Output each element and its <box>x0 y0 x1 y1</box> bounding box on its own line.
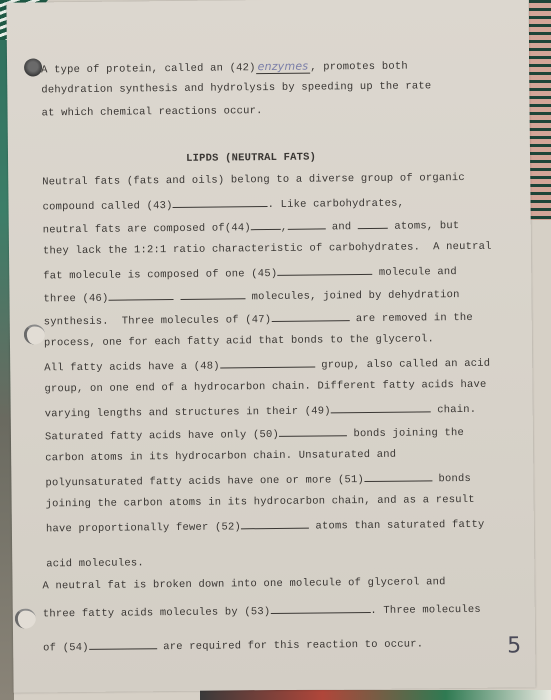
line-2: compound called (43). Like carbohydrates… <box>42 196 404 214</box>
line-3: neutral fats are composed of(44), and at… <box>43 218 460 236</box>
intro-line-2: dehydration synthesis and hydrolysis by … <box>41 80 431 96</box>
blank-47[interactable] <box>271 311 349 322</box>
blank-46a[interactable] <box>108 290 173 301</box>
line-20: of (54) are required for this reaction t… <box>43 636 423 654</box>
text: three (46) <box>43 293 108 306</box>
intro-line-3: at which chemical reactions occur. <box>41 105 262 119</box>
text: are removed in the <box>356 312 473 325</box>
line-7: synthesis. Three molecules of (47) are r… <box>44 310 473 328</box>
line-8: process, one for each fatty acid that bo… <box>44 333 434 349</box>
text: Saturated fatty acids have only (50) <box>45 429 279 443</box>
blank-44b[interactable] <box>287 219 325 229</box>
punch-hole-icon <box>15 608 36 628</box>
section-title: LIPDS (NEUTRAL FATS) <box>186 152 316 165</box>
line-15: joining the carbon atoms in its hydrocar… <box>46 494 475 510</box>
page-number-handwritten: 5 <box>507 633 521 658</box>
line-13: carbon atoms in its hydrocarbon chain. U… <box>45 449 396 465</box>
blank-44c[interactable] <box>358 219 388 229</box>
text: molecule and <box>379 266 457 279</box>
blank-49[interactable] <box>331 402 431 413</box>
text: atoms, but <box>394 220 459 233</box>
text: compound called (43) <box>42 200 172 213</box>
line-12: Saturated fatty acids have only (50) bon… <box>45 425 464 443</box>
line-1: Neutral fats (fats and oils) belong to a… <box>42 172 465 188</box>
text: bonds <box>438 473 471 485</box>
text: All fatty acids have a (48) <box>44 361 220 375</box>
line-17: acid molecules. <box>46 557 144 570</box>
text: atoms than saturated fatty <box>315 519 484 533</box>
line-19: three fatty acids molecules by (53). Thr… <box>43 602 481 621</box>
worksheet-page: A type of protein, called an (42)enzymes… <box>6 0 535 693</box>
text: molecules, joined by dehydration <box>251 289 459 303</box>
text: are required for this reaction to occur. <box>163 638 423 653</box>
text: fat molecule is composed of one (45) <box>43 268 277 282</box>
line-6: three (46) molecules, joined by dehydrat… <box>43 287 459 305</box>
text: A type of protein, called an (42) <box>41 62 256 76</box>
blank-52[interactable] <box>241 519 309 530</box>
background-pattern-right <box>529 0 551 220</box>
line-18: A neutral fat is broken down into one mo… <box>42 576 445 592</box>
text: varying lengths and structures in their … <box>45 405 331 420</box>
text: and <box>332 221 352 233</box>
blank-44a[interactable] <box>251 220 281 230</box>
text: group, also called an acid <box>321 358 490 372</box>
blank-45[interactable] <box>277 265 372 276</box>
text: bonds joining the <box>353 427 464 440</box>
line-14: polyunsaturated fatty acids have one or … <box>45 471 471 489</box>
line-9: All fatty acids have a (48) group, also … <box>44 356 490 375</box>
blank-50[interactable] <box>279 426 347 437</box>
line-11: varying lengths and structures in their … <box>45 402 477 421</box>
line-4: they lack the 1:2:1 ratio characteristic… <box>43 241 492 258</box>
blank-53[interactable] <box>270 603 370 614</box>
intro-line-1: A type of protein, called an (42)enzymes… <box>41 59 408 77</box>
text: polyunsaturated fatty acids have one or … <box>45 474 364 489</box>
text: three fatty acids molecules by (53) <box>43 606 271 620</box>
blank-43[interactable] <box>172 197 267 208</box>
punch-hole-icon <box>24 58 42 76</box>
text: synthesis. Three molecules of (47) <box>44 314 272 328</box>
blank-46b[interactable] <box>180 289 245 300</box>
line-16: have proportionally fewer (52) atoms tha… <box>46 517 485 536</box>
text: have proportionally fewer (52) <box>46 521 241 535</box>
text: neutral fats are composed of(44) <box>43 222 251 236</box>
text: , promotes both <box>310 61 408 74</box>
blank-51[interactable] <box>364 471 432 482</box>
line-10: group, on one end of a hydrocarbon chain… <box>44 379 486 396</box>
text: . Like carbohydrates, <box>268 198 405 211</box>
blank-54[interactable] <box>89 639 157 650</box>
background-bottom-edge <box>200 690 551 700</box>
line-5: fat molecule is composed of one (45) mol… <box>43 264 457 282</box>
punch-hole-icon <box>24 324 45 344</box>
blank-48[interactable] <box>220 358 315 369</box>
text: . Three molecules <box>370 604 481 617</box>
text: of (54) <box>43 642 89 654</box>
text: chain. <box>437 404 476 416</box>
answer-42-handwritten[interactable]: enzymes <box>256 60 311 75</box>
